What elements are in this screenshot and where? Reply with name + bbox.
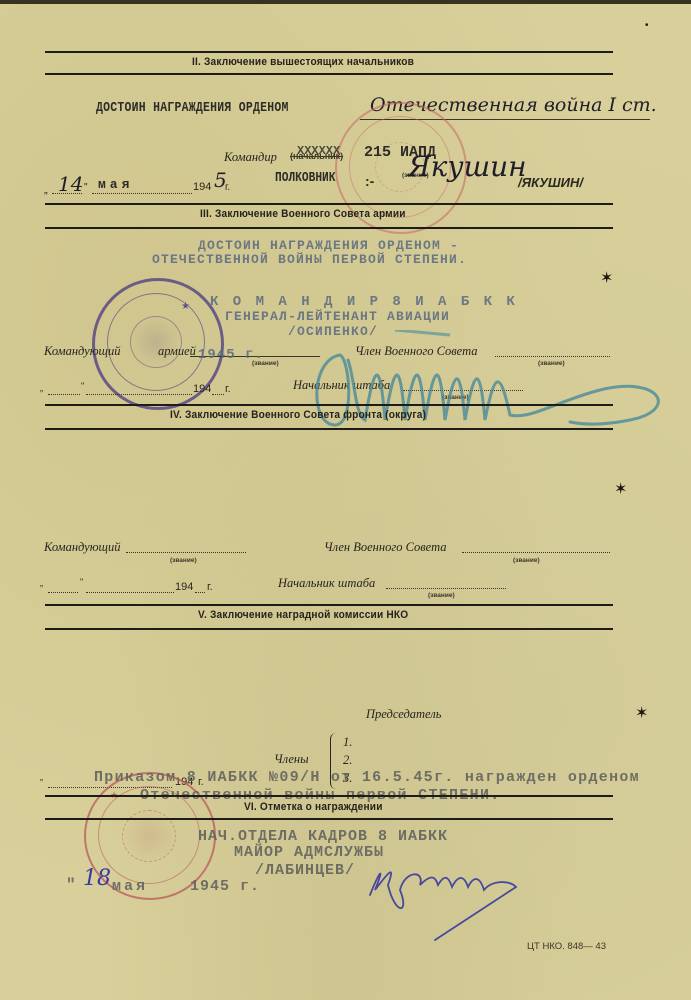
- member-1: 1.: [343, 735, 352, 750]
- front-council-member-rank-sub: (звание): [513, 557, 540, 564]
- members-label: Члены: [274, 752, 309, 767]
- scan-top-edge: [0, 0, 691, 4]
- date-month: мая: [98, 177, 133, 192]
- s4-date-close-quote: ": [80, 577, 83, 587]
- section-3-title: III. Заключение Военного Совета армии: [200, 208, 406, 220]
- rule-top: [45, 51, 613, 53]
- rule-under-section-2-title: [45, 73, 613, 75]
- order-note-line-1: Приказом 8 ИАБКК №09/Н от 16.5.45г. нагр…: [94, 769, 640, 786]
- chairman-label: Председатель: [366, 707, 441, 722]
- front-council-member-line: [462, 552, 610, 553]
- front-commander-label: Командующий: [44, 540, 120, 555]
- print-mark: ЦТ НКО. 848— 43: [527, 941, 606, 952]
- date-close-quote: ": [84, 182, 88, 193]
- typed-commander-line-1: К О М А Н Д И Р 8 И А Б К К: [210, 294, 518, 310]
- date-open-quote: „: [44, 184, 48, 196]
- s4-date-month-line: [86, 592, 174, 593]
- s6-date-open-quote: ": [66, 876, 77, 894]
- s5-date-open-quote: „: [40, 772, 43, 782]
- typed-resolution-line-1: ДОСТОИН НАГРАЖДЕНИЯ ОРДЕНОМ -: [198, 238, 459, 253]
- s4-date-year-line: [195, 592, 205, 593]
- rule-above-section-5: [45, 604, 613, 606]
- date-day: 14: [58, 172, 83, 196]
- s4-date-g: г.: [207, 581, 213, 593]
- date-month-line: [92, 193, 192, 194]
- rule-above-section-6: [45, 795, 613, 797]
- commander-label: Командир: [224, 150, 277, 165]
- section-6-title: VI. Отметка о награждении: [244, 801, 383, 813]
- typed-award-text: ДОСТОИН НАГРАЖДЕНИЯ ОРДЕНОМ: [96, 100, 289, 116]
- corps-seal-emblem: [130, 316, 182, 368]
- s3-date-day-line: [48, 394, 80, 395]
- rank-dash: :-: [365, 173, 374, 189]
- front-commander-line: [126, 552, 246, 553]
- personnel-head-signature-icon: [360, 855, 540, 945]
- pin-hole-icon: ✶: [614, 479, 627, 499]
- pin-hole-icon: ✶: [600, 268, 613, 288]
- struck-unit: XXXXXX: [297, 144, 340, 158]
- rule-under-section-6-title: [45, 818, 613, 820]
- typed-date-section-3: 1945 г.: [198, 347, 264, 363]
- typed-resolution-line-2: ОТЕЧЕСТВЕННОЙ ВОЙНЫ ПЕРВОЙ СТЕПЕНИ.: [152, 252, 467, 267]
- rule-under-section-5-title: [45, 628, 613, 630]
- rule-above-section-4: [45, 404, 613, 406]
- commander-signature: Якушин: [408, 150, 527, 183]
- s6-date-day: 18: [83, 866, 111, 891]
- s6-date-year: 1945 г.: [190, 878, 260, 895]
- commander-name-typed: /ЯКУШИН/: [518, 175, 583, 190]
- award-sheet-page: II. Заключение вышестоящих начальников Д…: [0, 0, 691, 1000]
- rank-typed: ПОЛКОВНИК: [275, 170, 336, 186]
- s3-date-year-prefix: 194: [193, 383, 211, 395]
- member-2: 2.: [343, 753, 352, 768]
- front-council-member-label: Член Военного Совета: [324, 540, 447, 555]
- s4-date-day-line: [48, 592, 78, 593]
- s6-date-month: мая: [112, 878, 148, 895]
- s3-date-g: г.: [225, 383, 231, 395]
- pin-hole-icon: •: [645, 20, 649, 31]
- corps-seal-star-icon: ★: [181, 301, 190, 312]
- typed-commander-line-2: ГЕНЕРАЛ-ЛЕЙТЕНАНТ АВИАЦИИ: [225, 309, 450, 324]
- front-commander-rank-sub: (звание): [170, 557, 197, 564]
- rule-under-section-4-title: [45, 428, 613, 430]
- section-4-title: IV. Заключение Военного Совета фронта (о…: [170, 409, 426, 421]
- s3-date-close-quote: ": [81, 381, 84, 391]
- section-2-title: II. Заключение вышестоящих начальников: [192, 56, 414, 68]
- s4-date-open-quote: „: [40, 578, 43, 588]
- front-chief-of-staff-rank-sub: (звание): [428, 592, 455, 599]
- rule-above-section-3: [45, 203, 613, 205]
- s4-date-year-prefix: 194: [175, 581, 193, 593]
- s3-date-open-quote: „: [40, 383, 43, 393]
- front-chief-of-staff-label: Начальник штаба: [278, 576, 375, 591]
- pin-hole-icon: ✶: [635, 703, 648, 723]
- date-year-prefix: 194: [193, 181, 211, 193]
- s3-date-month-line: [86, 394, 192, 395]
- rule-under-section-3-title: [45, 227, 613, 229]
- front-chief-of-staff-line: [386, 588, 506, 589]
- army-commander-label: Командующий: [44, 344, 120, 359]
- date-g: г.: [225, 182, 230, 193]
- personnel-head-line-3: /ЛАБИНЦЕВ/: [255, 862, 355, 879]
- s3-date-year-line: [212, 394, 224, 395]
- personnel-head-line-1: НАЧ.ОТДЕЛА КАДРОВ 8 ИАБКК: [198, 828, 448, 845]
- section-5-title: V. Заключение наградной комиссии НКО: [198, 609, 408, 621]
